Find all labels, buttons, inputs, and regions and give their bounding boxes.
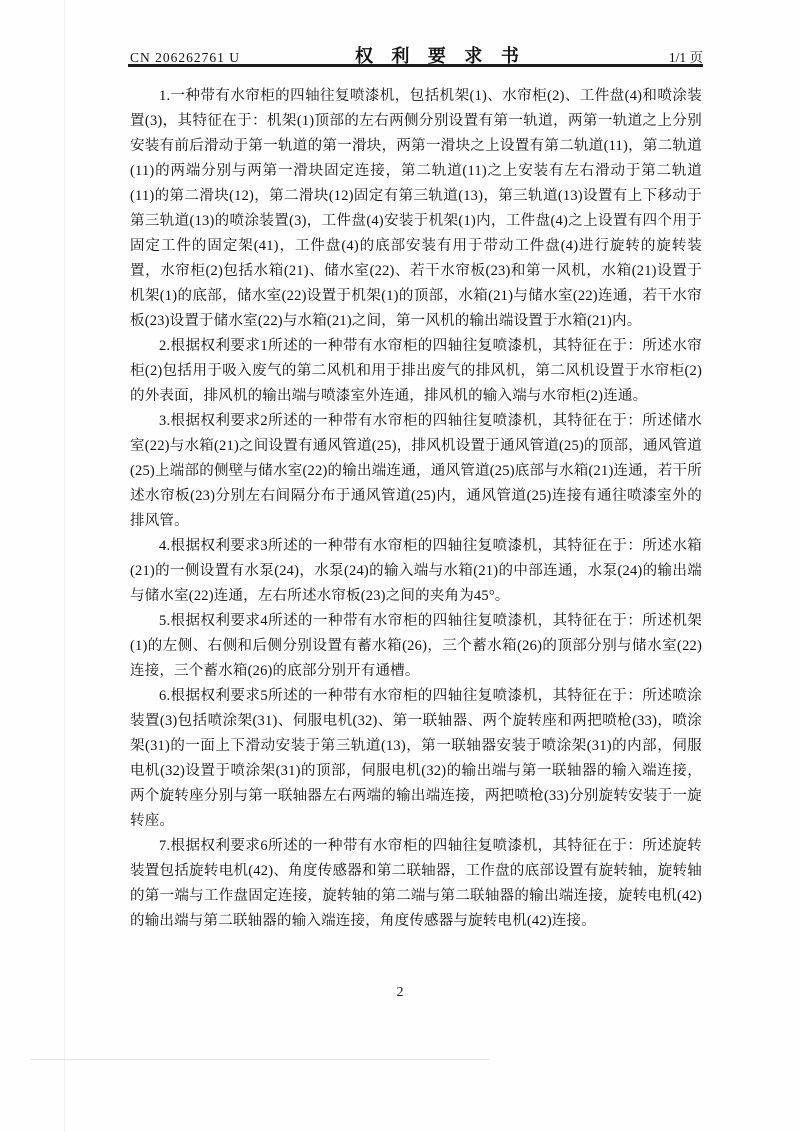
claims-body: 1.一种带有水帘柜的四轴往复喷漆机，包括机架(1)、水帘柜(2)、工件盘(4)和… xyxy=(130,84,702,934)
scan-line-artifact xyxy=(30,1059,490,1060)
claim-paragraph-7: 7.根据权利要求6所述的一种带有水帘柜的四轴往复喷漆机，其特征在于：所述旋转装置… xyxy=(130,834,702,934)
scan-edge-artifact xyxy=(64,0,65,1132)
claim-paragraph-2: 2.根据权利要求1所述的一种带有水帘柜的四轴往复喷漆机，其特征在于：所述水帘柜(… xyxy=(130,334,702,409)
claim-paragraph-5: 5.根据权利要求4所述的一种带有水帘柜的四轴往复喷漆机，其特征在于：所述机架(1… xyxy=(130,609,702,684)
page-footer: 2 xyxy=(0,983,800,1001)
claim-paragraph-3: 3.根据权利要求2所述的一种带有水帘柜的四轴往复喷漆机，其特征在于：所述储水室(… xyxy=(130,409,702,534)
header-divider-rule xyxy=(128,64,703,67)
page-number: 2 xyxy=(397,985,404,1000)
patent-claims-page: CN 206262761 U 权 利 要 求 书 1/1 页 1.一种带有水帘柜… xyxy=(0,0,800,1132)
claim-paragraph-1: 1.一种带有水帘柜的四轴往复喷漆机，包括机架(1)、水帘柜(2)、工件盘(4)和… xyxy=(130,84,702,334)
page-indicator: 1/1 页 xyxy=(669,46,703,66)
claim-paragraph-6: 6.根据权利要求5所述的一种带有水帘柜的四轴往复喷漆机，其特征在于：所述喷涂装置… xyxy=(130,684,702,834)
claim-paragraph-4: 4.根据权利要求3所述的一种带有水帘柜的四轴往复喷漆机，其特征在于：所述水箱(2… xyxy=(130,534,702,609)
